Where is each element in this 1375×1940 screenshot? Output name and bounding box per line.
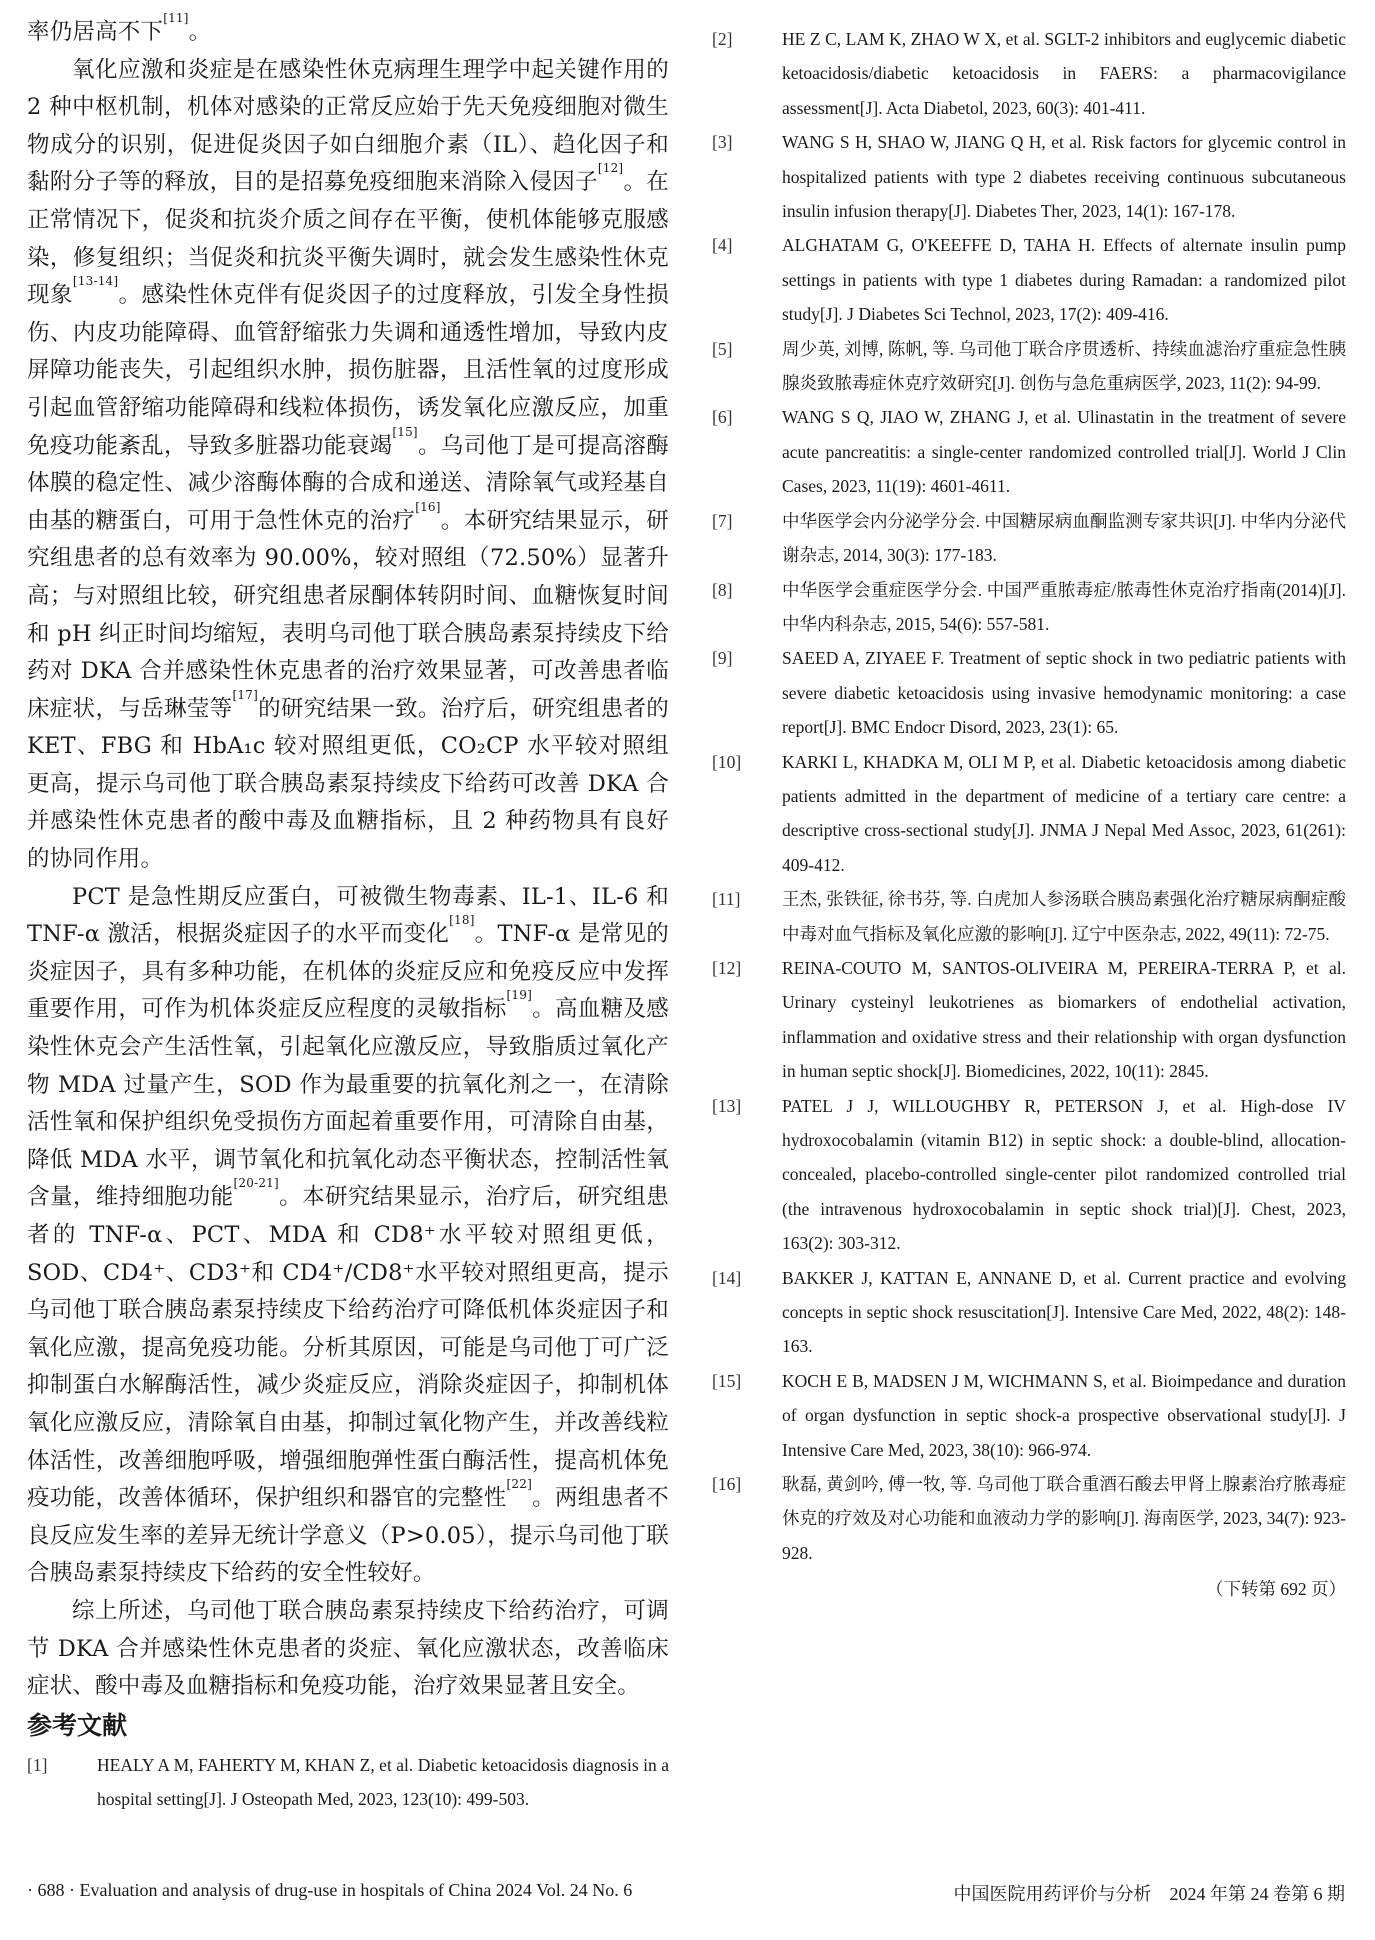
- reference-item: [8]中华医学会重症医学分会. 中国严重脓毒症/脓毒性休克治疗指南(2014)[…: [712, 573, 1346, 642]
- citation: [16]: [415, 500, 440, 514]
- reference-item: [11]王杰, 张铁征, 徐书芬, 等. 白虎加人参汤联合胰岛素强化治疗糖尿病酮…: [712, 882, 1346, 951]
- citation: [19]: [507, 988, 532, 1002]
- reference-number: [3]: [712, 125, 782, 228]
- reference-number: [5]: [712, 332, 782, 401]
- paragraph-text: 率仍居高不下: [27, 19, 163, 45]
- reference-text: PATEL J J, WILLOUGHBY R, PETERSON J, et …: [782, 1089, 1346, 1261]
- reference-text: ALGHATAM G, O'KEEFFE D, TAHA H. Effects …: [782, 228, 1346, 331]
- citation: [15]: [392, 425, 417, 439]
- paragraph-text: 。: [189, 19, 212, 45]
- footer-journal-cn: 中国医院用药评价与分析 2024 年第 24 卷第 6 期: [954, 1880, 1346, 1906]
- citation: [22]: [507, 1477, 532, 1491]
- reference-text: 王杰, 张铁征, 徐书芬, 等. 白虎加人参汤联合胰岛素强化治疗糖尿病酮症酸中毒…: [782, 882, 1346, 951]
- reference-item: [6]WANG S Q, JIAO W, ZHANG J, et al. Uli…: [712, 400, 1346, 503]
- reference-number: [8]: [712, 573, 782, 642]
- reference-item: [15]KOCH E B, MADSEN J M, WICHMANN S, et…: [712, 1364, 1346, 1467]
- reference-item: [2]HE Z C, LAM K, ZHAO W X, et al. SGLT-…: [712, 22, 1346, 125]
- paragraph-text: 的研究结果一致。治疗后，研究组患者的 KET、FBG 和 HbA₁c 较对照组更…: [27, 696, 669, 872]
- left-column: 率仍居高不下[11]。 氧化应激和炎症是在感染性休克病理生理学中起关键作用的 2…: [27, 14, 669, 1817]
- right-column: [2]HE Z C, LAM K, ZHAO W X, et al. SGLT-…: [712, 22, 1346, 1606]
- citation: [13-14]: [73, 274, 118, 288]
- reference-number: [7]: [712, 504, 782, 573]
- paragraph-text: 综上所述，乌司他丁联合胰岛素泵持续皮下给药治疗，可调节 DKA 合并感染性休克患…: [27, 1598, 669, 1699]
- reference-text: HEALY A M, FAHERTY M, KHAN Z, et al. Dia…: [97, 1748, 669, 1817]
- body-paragraph-4: 综上所述，乌司他丁联合胰岛素泵持续皮下给药治疗，可调节 DKA 合并感染性休克患…: [27, 1593, 669, 1706]
- reference-item: [5]周少英, 刘博, 陈帆, 等. 乌司他丁联合序贯透析、持续血滤治疗重症急性…: [712, 332, 1346, 401]
- body-paragraph-3: PCT 是急性期反应蛋白，可被微生物毒素、IL-1、IL-6 和 TNF-α 激…: [27, 879, 669, 1593]
- references-heading: 参考文献: [27, 1708, 669, 1744]
- reference-item: [13]PATEL J J, WILLOUGHBY R, PETERSON J,…: [712, 1089, 1346, 1261]
- reference-number: [4]: [712, 228, 782, 331]
- reference-number: [15]: [712, 1364, 782, 1467]
- reference-number: [16]: [712, 1467, 782, 1570]
- reference-number: [2]: [712, 22, 782, 125]
- reference-number: [9]: [712, 641, 782, 744]
- reference-number: [14]: [712, 1261, 782, 1364]
- citation: [12]: [598, 161, 623, 175]
- paragraph-text: 。高血糖及感染性休克会产生活性氧，引起氧化应激反应，导致脂质过氧化产物 MDA …: [27, 996, 669, 1210]
- reference-number: [13]: [712, 1089, 782, 1261]
- reference-text: 中华医学会内分泌学分会. 中国糖尿病血酮监测专家共识[J]. 中华内分泌代谢杂志…: [782, 504, 1346, 573]
- citation: [20-21]: [234, 1176, 279, 1190]
- reference-item: [1] HEALY A M, FAHERTY M, KHAN Z, et al.…: [27, 1748, 669, 1817]
- reference-text: 耿磊, 黄剑吟, 傅一牧, 等. 乌司他丁联合重酒石酸去甲肾上腺素治疗脓毒症休克…: [782, 1467, 1346, 1570]
- reference-item: [4]ALGHATAM G, O'KEEFFE D, TAHA H. Effec…: [712, 228, 1346, 331]
- reference-item: [9]SAEED A, ZIYAEE F. Treatment of septi…: [712, 641, 1346, 744]
- paragraph-text: 氧化应激和炎症是在感染性休克病理生理学中起关键作用的 2 种中枢机制，机体对感染…: [27, 57, 669, 196]
- reference-text: KOCH E B, MADSEN J M, WICHMANN S, et al.…: [782, 1364, 1346, 1467]
- reference-number: [12]: [712, 951, 782, 1089]
- reference-text: 周少英, 刘博, 陈帆, 等. 乌司他丁联合序贯透析、持续血滤治疗重症急性胰腺炎…: [782, 332, 1346, 401]
- reference-item: [16]耿磊, 黄剑吟, 傅一牧, 等. 乌司他丁联合重酒石酸去甲肾上腺素治疗脓…: [712, 1467, 1346, 1570]
- continued-note: （下转第 692 页）: [712, 1572, 1346, 1606]
- footer-journal-en: · 688 · Evaluation and analysis of drug-…: [27, 1880, 632, 1901]
- reference-number: [10]: [712, 745, 782, 883]
- body-paragraph-1: 率仍居高不下[11]。: [27, 14, 669, 52]
- reference-text: WANG S H, SHAO W, JIANG Q H, et al. Risk…: [782, 125, 1346, 228]
- reference-text: SAEED A, ZIYAEE F. Treatment of septic s…: [782, 641, 1346, 744]
- reference-item: [3]WANG S H, SHAO W, JIANG Q H, et al. R…: [712, 125, 1346, 228]
- paragraph-text: 。本研究结果显示，治疗后，研究组患者的 TNF-α、PCT、MDA 和 CD8⁺…: [27, 1184, 669, 1511]
- reference-text: WANG S Q, JIAO W, ZHANG J, et al. Ulinas…: [782, 400, 1346, 503]
- reference-number: [11]: [712, 882, 782, 951]
- reference-item: [10]KARKI L, KHADKA M, OLI M P, et al. D…: [712, 745, 1346, 883]
- reference-item: [12]REINA-COUTO M, SANTOS-OLIVEIRA M, PE…: [712, 951, 1346, 1089]
- reference-text: BAKKER J, KATTAN E, ANNANE D, et al. Cur…: [782, 1261, 1346, 1364]
- reference-item: [7]中华医学会内分泌学分会. 中国糖尿病血酮监测专家共识[J]. 中华内分泌代…: [712, 504, 1346, 573]
- reference-text: REINA-COUTO M, SANTOS-OLIVEIRA M, PEREIR…: [782, 951, 1346, 1089]
- reference-text: KARKI L, KHADKA M, OLI M P, et al. Diabe…: [782, 745, 1346, 883]
- citation: [17]: [233, 688, 258, 702]
- citation: [18]: [449, 913, 474, 927]
- body-paragraph-2: 氧化应激和炎症是在感染性休克病理生理学中起关键作用的 2 种中枢机制，机体对感染…: [27, 52, 669, 879]
- reference-text: HE Z C, LAM K, ZHAO W X, et al. SGLT-2 i…: [782, 22, 1346, 125]
- citation: [11]: [163, 11, 188, 25]
- paragraph-text: 。本研究结果显示，研究组患者的总有效率为 90.00%，较对照组（72.50%）…: [27, 508, 669, 722]
- reference-text: 中华医学会重症医学分会. 中国严重脓毒症/脓毒性休克治疗指南(2014)[J].…: [782, 573, 1346, 642]
- reference-number: [1]: [27, 1748, 97, 1817]
- reference-number: [6]: [712, 400, 782, 503]
- reference-item: [14]BAKKER J, KATTAN E, ANNANE D, et al.…: [712, 1261, 1346, 1364]
